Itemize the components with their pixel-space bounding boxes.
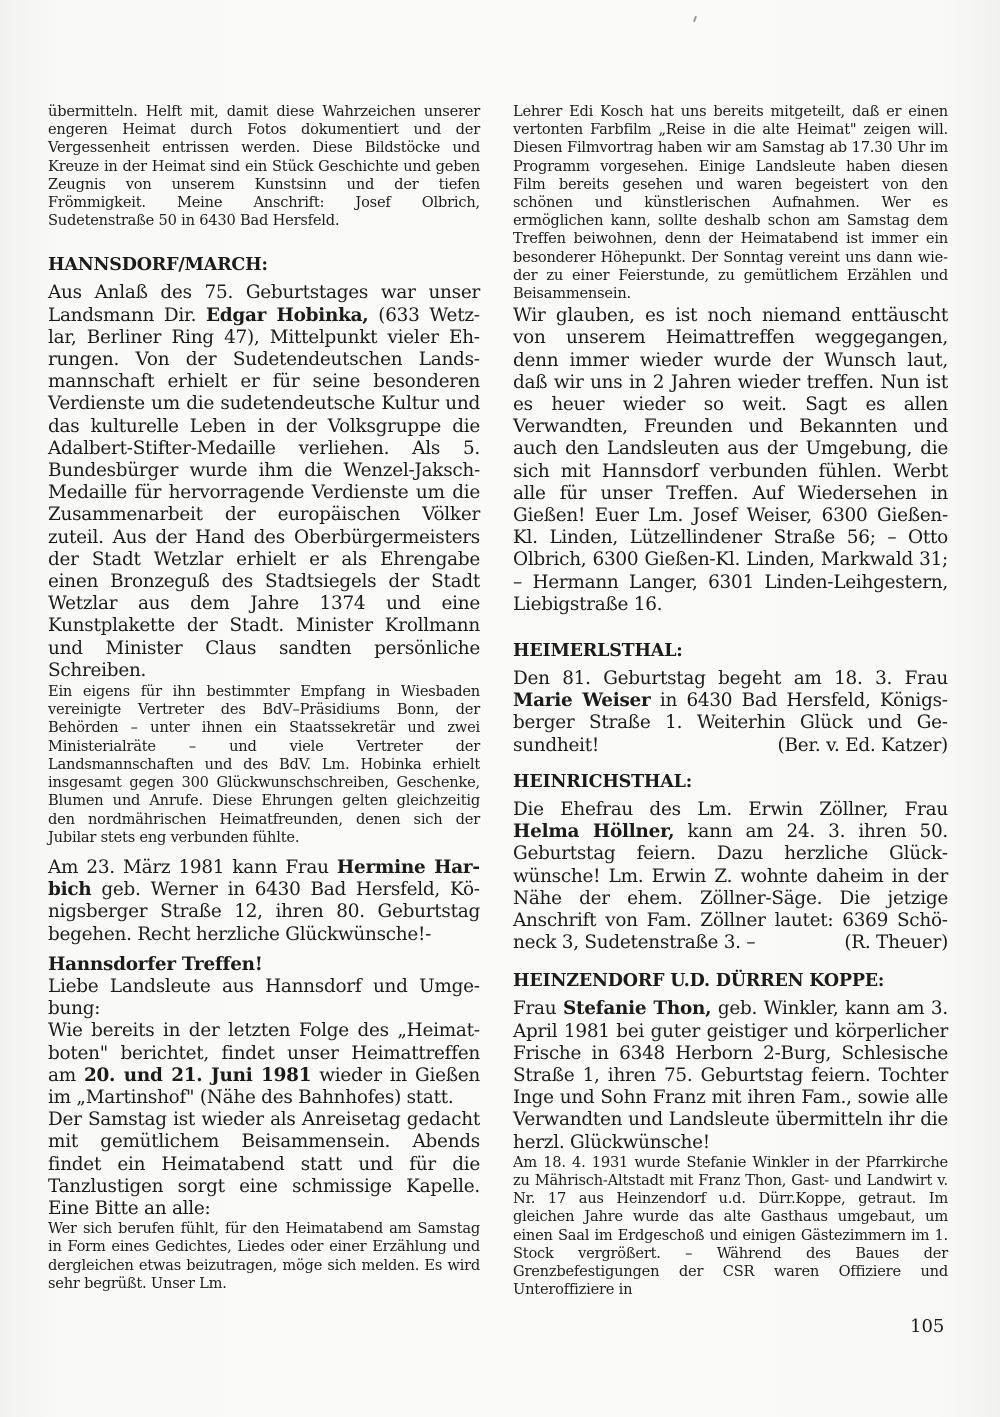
page-number: 105	[910, 1316, 944, 1338]
left-column: übermitteln. Helft mit, damit diese Wahr…	[48, 103, 480, 1293]
text-run: Den 81. Geburtstag begeht am 18. 3. Frau	[513, 668, 948, 689]
film-paragraph: Lehrer Edi Kosch hat uns bereits mitgete…	[513, 103, 948, 303]
text-run: geb. Winkler, kann am 3. April 1981 bei …	[513, 998, 948, 1152]
heinzendorf-paragraph-2: Am 18. 4. 1931 wurde Stefanie Winkler in…	[513, 1154, 948, 1300]
heinrichsthal-paragraph: Die Ehefrau des Lm. Erwin Zöllner, Frau …	[513, 799, 948, 954]
right-column: Lehrer Edi Kosch hat uns bereits mitgete…	[513, 103, 948, 1299]
treffen-paragraph-2: Der Samstag ist wieder als Anreisetag ge…	[48, 1109, 480, 1220]
text-run: Frau	[513, 998, 563, 1019]
heinzendorf-paragraph-1: Frau Stefanie Thon, geb. Winkler, kann a…	[513, 998, 948, 1153]
author-credit: (Ber. v. Ed. Katzer)	[778, 735, 948, 757]
heimerlsthal-paragraph: Den 81. Geburtstag begeht am 18. 3. Frau…	[513, 668, 948, 757]
event-date-bold: 20. und 21. Juni 1981	[84, 1065, 311, 1086]
treffen-paragraph-1: Wie bereits in der letzten Folge des „He…	[48, 1020, 480, 1109]
hannsdorf-paragraph-1: Aus Anlaß des 75. Geburtstages war unser…	[48, 282, 480, 682]
person-name-bold: Marie Weiser	[513, 690, 650, 711]
hannsdorf-paragraph-3: Am 23. März 1981 kann Frau Hermine Har­b…	[48, 857, 480, 946]
scanned-page: übermitteln. Helft mit, damit diese Wahr…	[0, 0, 1000, 1417]
text-run: (633 Wetz­lar, Berliner Ring 47), Mittel…	[48, 305, 480, 681]
section-heading-heinrichsthal: HEINRICHSTHAL:	[513, 771, 948, 793]
section-heading-hannsdorf: HANNSDORF/MARCH:	[48, 254, 480, 276]
section-heading-heimerlsthal: HEIMERLSTHAL:	[513, 640, 948, 662]
treffen-title: Hannsdorfer Treffen!	[48, 954, 480, 976]
intro-paragraph: übermitteln. Helft mit, damit diese Wahr…	[48, 103, 480, 230]
hannsdorf-paragraph-2: Ein eigens für ihn bestimmter Empfang in…	[48, 683, 480, 847]
person-name-bold: Edgar Hobinka,	[206, 305, 368, 326]
text-run: Am 23. März 1981 kann Frau	[48, 857, 337, 878]
section-heading-heinzendorf: HEINZENDORF U.D. DÜRREN KOPPE:	[513, 970, 948, 992]
author-credit: (R. Theuer)	[844, 932, 948, 954]
scan-speck	[693, 16, 697, 22]
treffen-paragraph-3: Wer sich berufen fühlt, für den Heimatab…	[48, 1220, 480, 1293]
treffen-greeting: Liebe Landsleute aus Hannsdorf und Umge­…	[48, 976, 480, 1020]
person-name-bold: Helma Höllner,	[513, 821, 674, 842]
closing-paragraph: Wir glauben, es ist noch niemand enttäus…	[513, 305, 948, 616]
text-run: Die Ehefrau des Lm. Erwin Zöllner, Frau	[513, 799, 948, 820]
person-name-bold: Stefanie Thon,	[563, 998, 711, 1019]
text-run: geb. Werner in 6430 Bad Hersfeld, Kö­nig…	[48, 879, 480, 944]
